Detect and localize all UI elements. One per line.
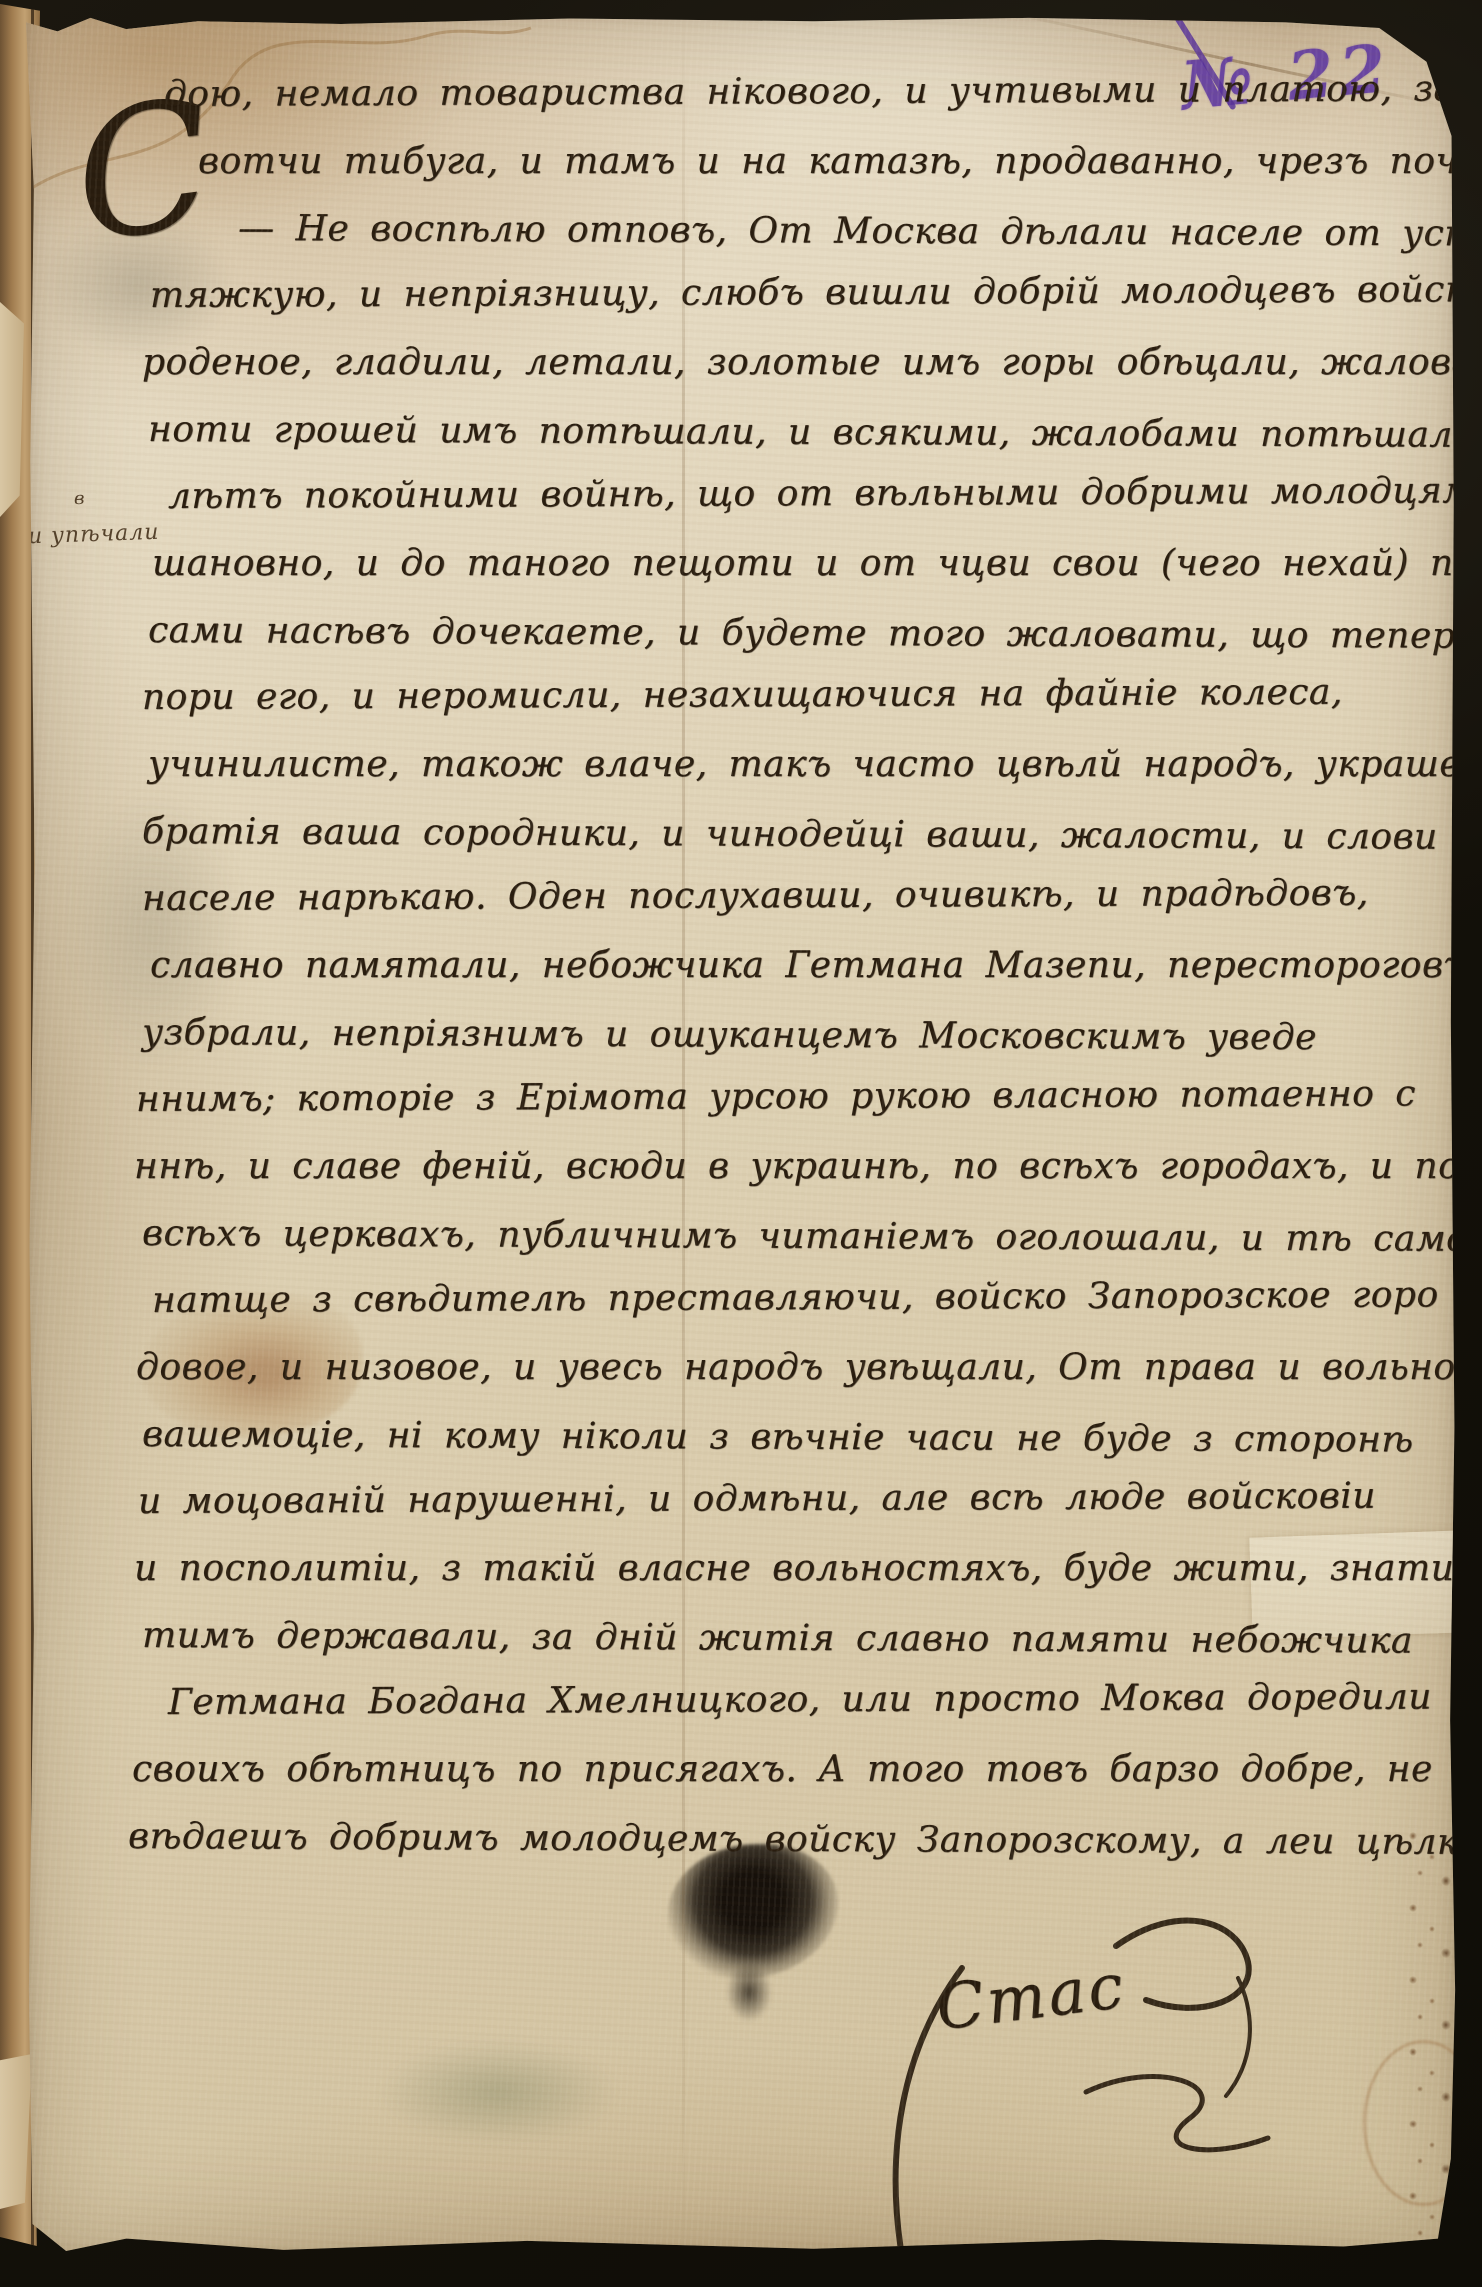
margin-note-superscript: в	[74, 488, 84, 509]
text-line: вотчи тибуга, и тамъ и на катазѣ, продав…	[198, 141, 1424, 208]
text-line: шановно, и до таного пещоти и от чцви св…	[152, 543, 1424, 610]
binding-tab-lower	[0, 2054, 32, 2209]
text-line: и моцованій нарушенні, и одмѣни, але всѣ…	[138, 1475, 1424, 1548]
margin-note: и упѣчали	[28, 520, 160, 550]
text-line: Гетмана Богдана Хмелницкого, или просто …	[168, 1677, 1424, 1749]
text-line: роденое, гладили, летали, золотые имъ го…	[142, 342, 1424, 409]
text-line: населе нарѣкаю. Оден послухавши, очивикѣ…	[142, 872, 1424, 945]
manuscript-page: № 22 С дою, немало товариства нікового, …	[26, 10, 1458, 2260]
manuscript-text: дою, немало товариства нікового, и учтив…	[142, 74, 1424, 1883]
text-line: своихъ обѣтницъ по присягахъ. А того тов…	[132, 1749, 1424, 1816]
text-line: и посполитіи, з такій власне вольностяхъ…	[134, 1548, 1424, 1615]
text-line: тяжкую, и непріязницу, слюбъ вишли добрі…	[150, 269, 1424, 342]
text-line: славно памятали, небожчика Гетмана Мазеп…	[150, 945, 1424, 1012]
smudge-bottom-left	[378, 2040, 618, 2145]
text-line: довое, и низовое, и увесь народъ увѣщали…	[136, 1347, 1424, 1414]
text-line: ннимъ; которіе з Ерімота урсою рукою вла…	[136, 1073, 1424, 1146]
text-line: учинилисте, також влаче, такъ часто цвѣл…	[148, 744, 1424, 811]
ink-blot-drop	[726, 1962, 772, 2022]
signature-block: Стас	[786, 1850, 1406, 2270]
foxing-spots-right-edge	[1404, 1825, 1462, 2285]
text-line: пори его, и неромисли, незахищаючися на …	[142, 671, 1424, 744]
signature-flourish-strokes	[786, 1850, 1406, 2270]
text-line: лѣтъ покойними войнѣ, що от вѣльными доб…	[168, 471, 1424, 543]
binding-tab-upper	[0, 302, 24, 517]
text-line: натще з свѣдителѣ преставляючи, войско З…	[152, 1274, 1424, 1347]
text-line: ннѣ, и славе феній, всюди в украинѣ, по …	[134, 1146, 1424, 1213]
text-line: дою, немало товариства нікового, и учтив…	[164, 69, 1424, 141]
